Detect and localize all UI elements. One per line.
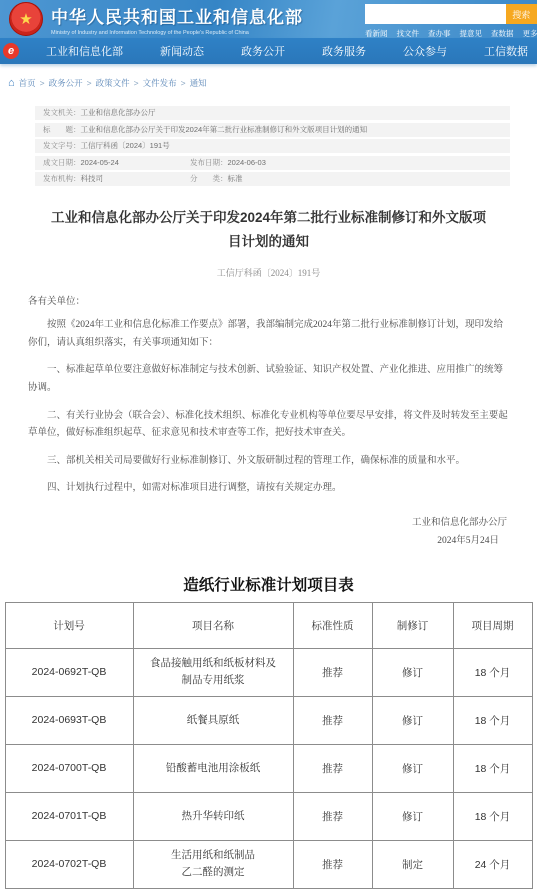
breadcrumb-home[interactable]: 首页 bbox=[19, 77, 36, 89]
paragraph-intro: 按照《2024年工业和信息化标准工作要点》部署，我部编制完成2024年第二批行业… bbox=[28, 317, 509, 352]
site-branding: 中华人民共和国工业和信息化部 Ministry of Industry and … bbox=[51, 3, 303, 36]
meta-row-dates: 成文日期：2024-05-24 发布日期：2024-06-03 bbox=[35, 156, 510, 170]
nav-item-gov-services[interactable]: 政务服务 bbox=[322, 43, 366, 59]
signature-date: 2024年5月24日 bbox=[28, 532, 509, 546]
cell-plan-number: 2024-0702T-QB bbox=[5, 840, 133, 888]
breadcrumb-policy-files[interactable]: 政策文件 bbox=[96, 77, 130, 89]
document-number: 工信厅科函〔2024〕191号 bbox=[28, 266, 509, 279]
nav-item-news[interactable]: 新闻动态 bbox=[160, 43, 204, 59]
meta-value: 2024-05-24 bbox=[81, 158, 119, 167]
breadcrumb-separator: > bbox=[87, 78, 92, 88]
meta-label: 发文字号： bbox=[43, 141, 81, 150]
table-row: 2024-0700T-QB 铅酸蓄电池用涂板纸 推荐 修订 18 个月 bbox=[5, 744, 532, 792]
breadcrumb-separator: > bbox=[40, 78, 45, 88]
cell-standard-nature: 推荐 bbox=[293, 696, 372, 744]
cell-standard-nature: 推荐 bbox=[293, 792, 372, 840]
search-area: 搜索 看新闻 找文件 查办事 提意见 查数据 更多服务 bbox=[365, 4, 537, 39]
meta-value: 工业和信息化部办公厅 bbox=[81, 108, 156, 117]
meta-label: 成文日期： bbox=[43, 158, 81, 167]
cell-project-name: 热升华转印纸 bbox=[133, 792, 293, 840]
paragraph-item-3: 三、部机关相关司局要做好行业标准制修订、外文版研制过程的管理工作，确保标准的质量… bbox=[28, 453, 509, 471]
nav-item-public-participation[interactable]: 公众参与 bbox=[403, 43, 447, 59]
table-row: 2024-0692T-QB 食品接触用纸和纸板材料及 制品专用纸浆 推荐 修订 … bbox=[5, 648, 532, 696]
paragraph-item-2: 二、有关行业协会（联合会）、标准化技术组织、标准化专业机构等单位要尽早安排，将文… bbox=[28, 408, 509, 443]
cell-revision-type: 修订 bbox=[372, 696, 453, 744]
meta-row-doc-number: 发文字号：工信厅科函〔2024〕191号 bbox=[35, 139, 510, 153]
cell-standard-nature: 推荐 bbox=[293, 744, 372, 792]
cell-standard-nature: 推荐 bbox=[293, 840, 372, 888]
standards-table: 计划号 项目名称 标准性质 制修订 项目周期 2024-0692T-QB 食品接… bbox=[5, 602, 533, 889]
paragraph-item-1: 一、标准起草单位要注意做好标准制定与技术创新、试验验证、知识产权处置、产业化推进… bbox=[28, 362, 509, 397]
document-metadata: 发文机关：工业和信息化部办公厅 标 题：工业和信息化部办公厅关于印发2024年第… bbox=[35, 106, 510, 186]
col-header-project-cycle: 项目周期 bbox=[453, 602, 532, 648]
meta-row-issuing-agency: 发文机关：工业和信息化部办公厅 bbox=[35, 106, 510, 120]
signature-org: 工业和信息化部办公厅 bbox=[28, 514, 509, 528]
cell-project-cycle: 18 个月 bbox=[453, 696, 532, 744]
table-row: 2024-0693T-QB 纸餐具原纸 推荐 修订 18 个月 bbox=[5, 696, 532, 744]
home-icon[interactable]: ⌂ bbox=[8, 78, 15, 89]
site-header: ★ 中华人民共和国工业和信息化部 Ministry of Industry an… bbox=[0, 0, 537, 38]
cell-project-name: 纸餐具原纸 bbox=[133, 696, 293, 744]
meta-label: 分 类： bbox=[190, 174, 228, 183]
breadcrumb-separator: > bbox=[181, 78, 186, 88]
meta-value: 2024-06-03 bbox=[228, 158, 266, 167]
e-logo-icon[interactable]: e bbox=[3, 43, 19, 59]
cell-project-name: 铅酸蓄电池用涂板纸 bbox=[133, 744, 293, 792]
cell-project-name: 生活用纸和纸制品 乙二醛的测定 bbox=[133, 840, 293, 888]
breadcrumb: ⌂ 首页 > 政务公开 > 政策文件 > 文件发布 > 通知 bbox=[8, 77, 537, 89]
search-button[interactable]: 搜索 bbox=[506, 4, 537, 24]
salutation: 各有关单位： bbox=[28, 293, 509, 307]
table-header-row: 计划号 项目名称 标准性质 制修订 项目周期 bbox=[5, 602, 532, 648]
cell-plan-number: 2024-0693T-QB bbox=[5, 696, 133, 744]
national-emblem-icon: ★ bbox=[9, 2, 43, 36]
col-header-standard-nature: 标准性质 bbox=[293, 602, 372, 648]
breadcrumb-separator: > bbox=[134, 78, 139, 88]
nav-item-gov-disclosure[interactable]: 政务公开 bbox=[241, 43, 285, 59]
meta-value: 工业和信息化部办公厅关于印发2024年第二批行业标准制修订和外文版项目计划的通知 bbox=[81, 125, 368, 134]
cell-plan-number: 2024-0692T-QB bbox=[5, 648, 133, 696]
table-row: 2024-0701T-QB 热升华转印纸 推荐 修订 18 个月 bbox=[5, 792, 532, 840]
breadcrumb-notice[interactable]: 通知 bbox=[190, 77, 207, 89]
col-header-project-name: 项目名称 bbox=[133, 602, 293, 648]
main-nav: e 工业和信息化部 新闻动态 政务公开 政务服务 公众参与 工信数据 专题 bbox=[0, 38, 537, 64]
table-row: 2024-0702T-QB 生活用纸和纸制品 乙二醛的测定 推荐 制定 24 个… bbox=[5, 840, 532, 888]
cell-standard-nature: 推荐 bbox=[293, 648, 372, 696]
document-body: 工业和信息化部办公厅关于印发2024年第二批行业标准制修订和外文版项目计划的通知… bbox=[28, 206, 509, 546]
paragraph-item-4: 四、计划执行过程中，如需对标准项目进行调整，请按有关规定办理。 bbox=[28, 480, 509, 498]
document-title: 工业和信息化部办公厅关于印发2024年第二批行业标准制修订和外文版项目计划的通知 bbox=[28, 206, 509, 253]
col-header-revision-type: 制修订 bbox=[372, 602, 453, 648]
cell-revision-type: 修订 bbox=[372, 744, 453, 792]
meta-row-title: 标 题：工业和信息化部办公厅关于印发2024年第二批行业标准制修订和外文版项目计… bbox=[35, 123, 510, 137]
meta-value: 科技司 bbox=[81, 174, 104, 183]
search-input[interactable] bbox=[365, 4, 506, 24]
site-subtitle: Ministry of Industry and Information Tec… bbox=[51, 30, 303, 36]
cell-project-cycle: 18 个月 bbox=[453, 744, 532, 792]
table-title: 造纸行业标准计划项目表 bbox=[0, 573, 537, 595]
col-header-plan-number: 计划号 bbox=[5, 602, 133, 648]
nav-item-data[interactable]: 工信数据 bbox=[484, 43, 528, 59]
meta-label: 标 题： bbox=[43, 125, 81, 134]
cell-revision-type: 修订 bbox=[372, 648, 453, 696]
meta-row-org-category: 发布机构：科技司 分 类：标准 bbox=[35, 172, 510, 186]
meta-value: 工信厅科函〔2024〕191号 bbox=[81, 141, 170, 150]
cell-revision-type: 制定 bbox=[372, 840, 453, 888]
nav-item-miit[interactable]: 工业和信息化部 bbox=[46, 43, 123, 59]
meta-label: 发布日期： bbox=[190, 158, 228, 167]
meta-label: 发布机构： bbox=[43, 174, 81, 183]
breadcrumb-file-release[interactable]: 文件发布 bbox=[143, 77, 177, 89]
cell-revision-type: 修订 bbox=[372, 792, 453, 840]
page: ★ 中华人民共和国工业和信息化部 Ministry of Industry an… bbox=[0, 0, 537, 889]
standards-table-section: 造纸行业标准计划项目表 计划号 项目名称 标准性质 制修订 项目周期 2024-… bbox=[0, 573, 537, 889]
site-title: 中华人民共和国工业和信息化部 bbox=[51, 3, 303, 28]
cell-plan-number: 2024-0701T-QB bbox=[5, 792, 133, 840]
cell-project-cycle: 18 个月 bbox=[453, 792, 532, 840]
breadcrumb-gov-disclosure[interactable]: 政务公开 bbox=[49, 77, 83, 89]
meta-label: 发文机关： bbox=[43, 108, 81, 117]
cell-project-cycle: 24 个月 bbox=[453, 840, 532, 888]
cell-project-cycle: 18 个月 bbox=[453, 648, 532, 696]
cell-plan-number: 2024-0700T-QB bbox=[5, 744, 133, 792]
cell-project-name: 食品接触用纸和纸板材料及 制品专用纸浆 bbox=[133, 648, 293, 696]
meta-value: 标准 bbox=[228, 174, 243, 183]
